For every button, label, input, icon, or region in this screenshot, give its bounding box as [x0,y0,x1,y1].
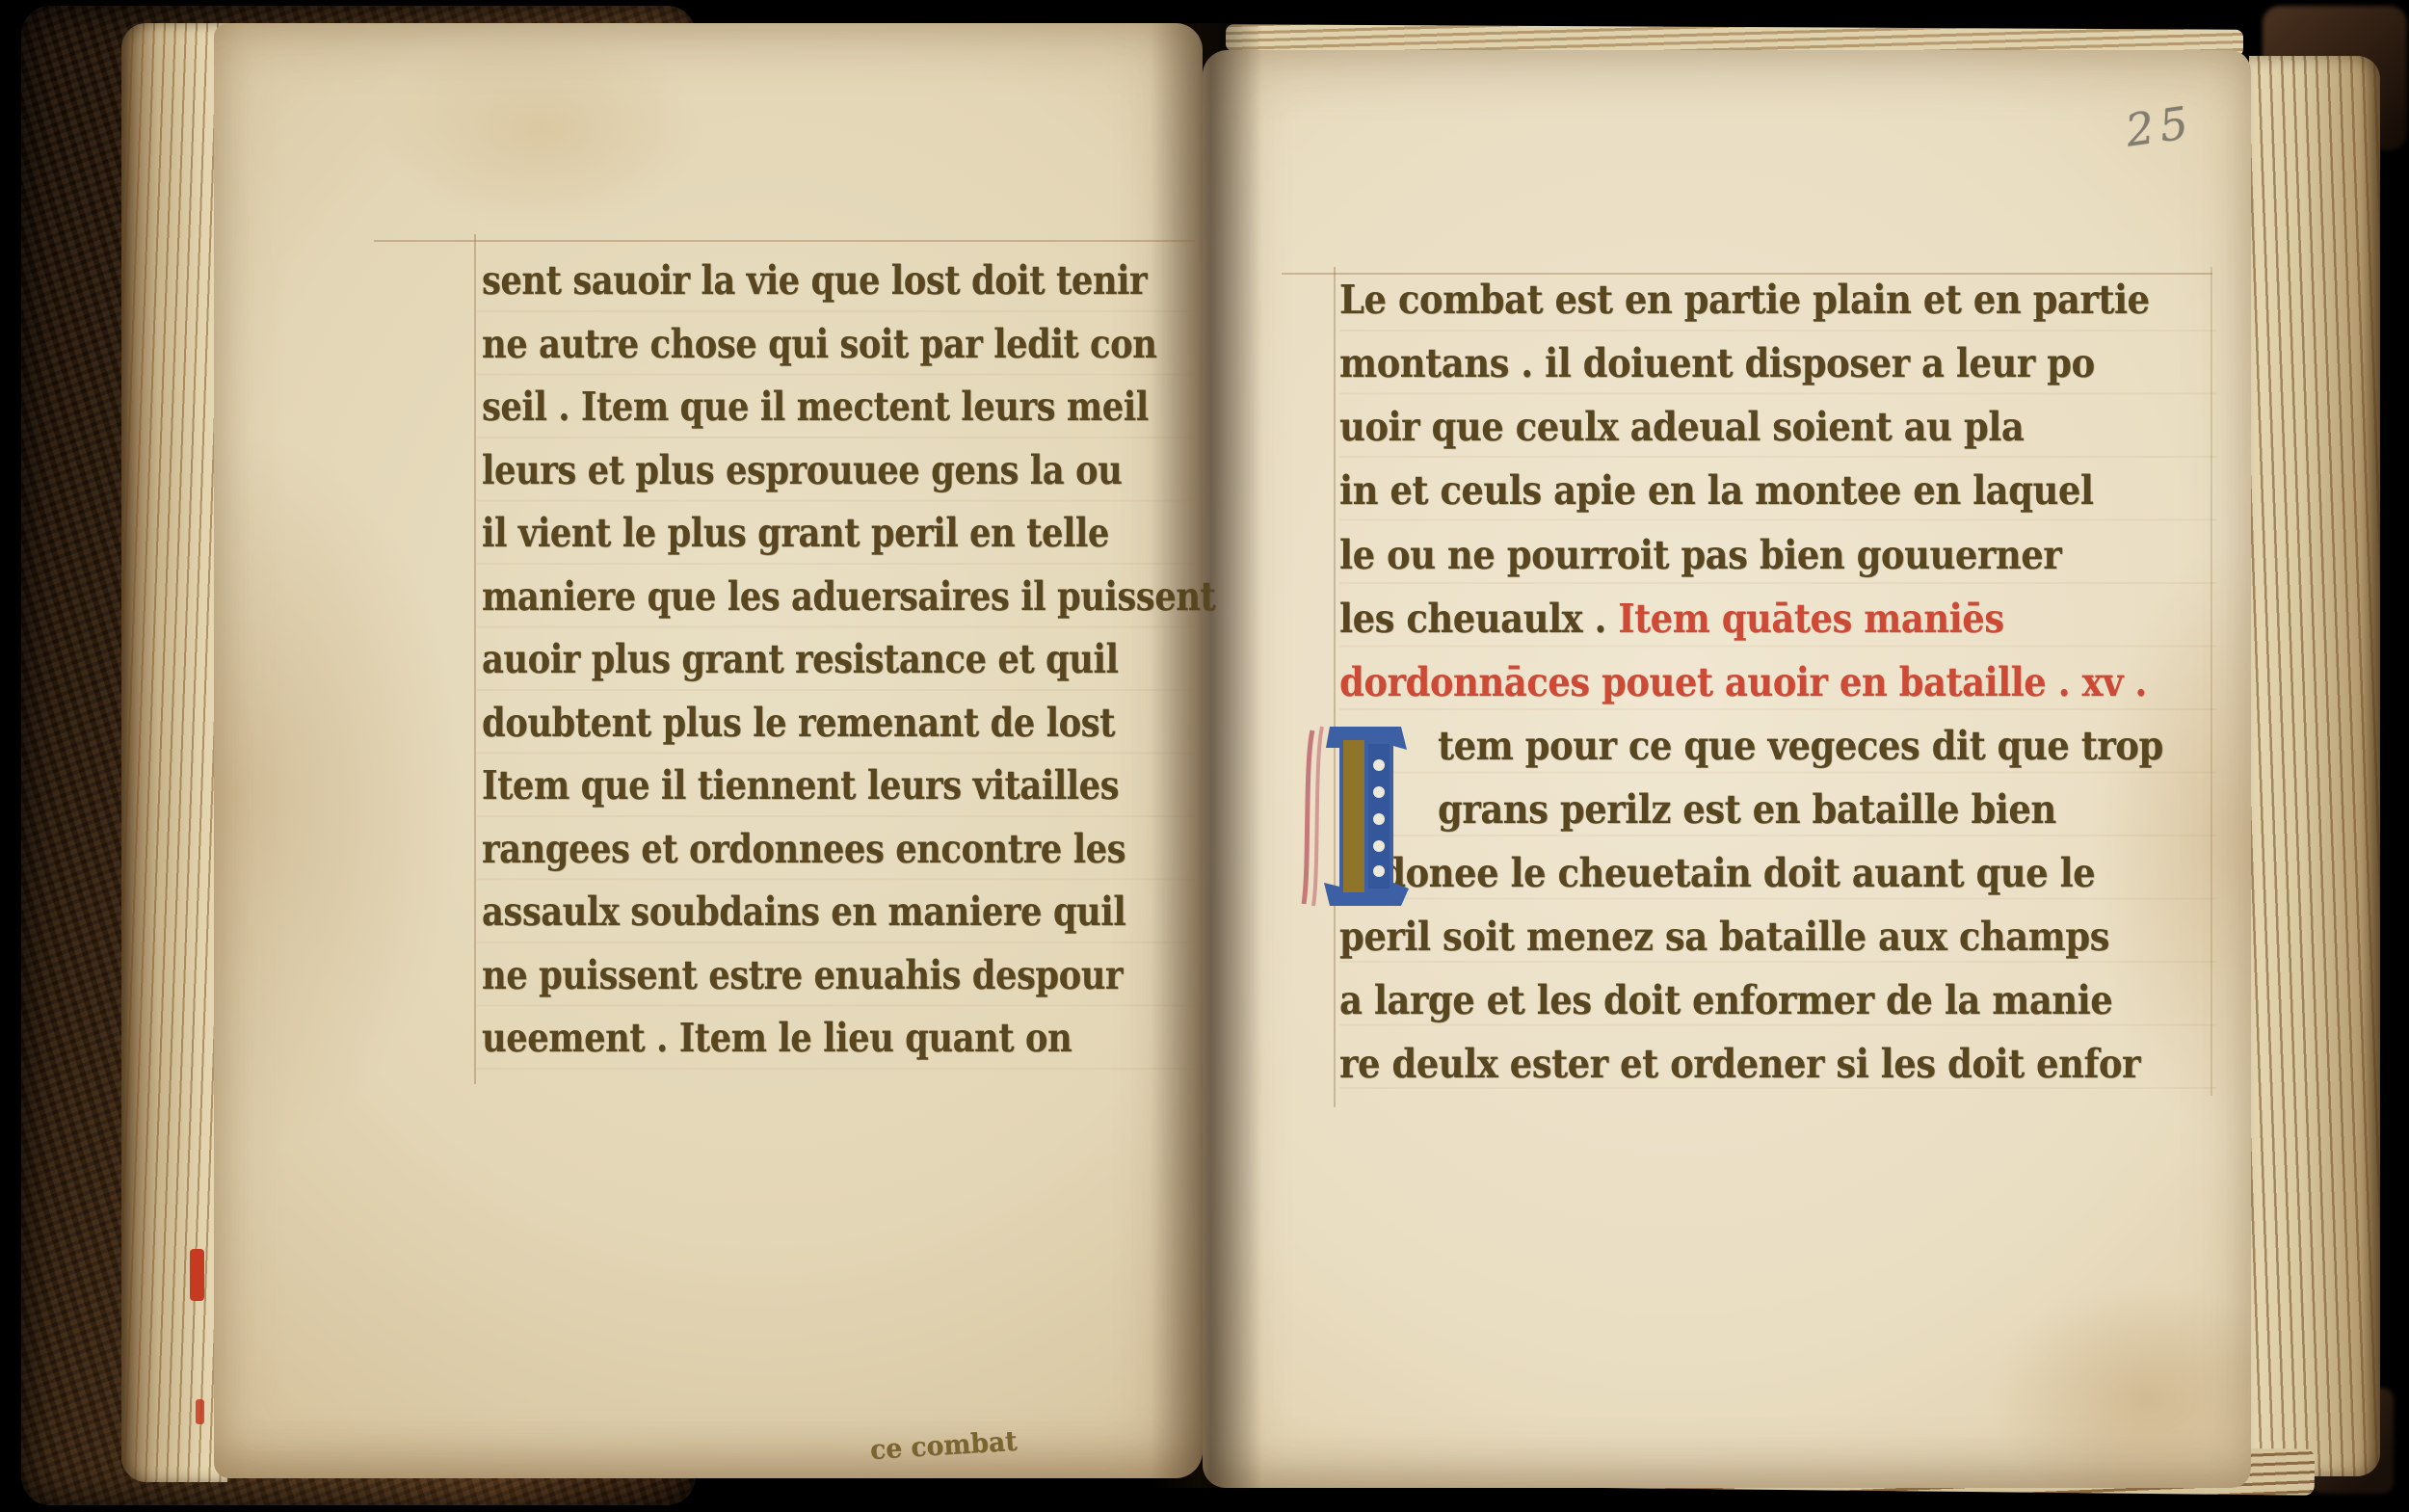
manuscript-line-mixed: les cheuaulx . Item quātes maniēs [1339,596,2004,642]
page-edge-stack-left [121,23,227,1482]
manuscript-line: ueement . Item le lieu quant on [482,1015,1072,1061]
manuscript-line: tem pour ce que vegeces dit que trop [1438,723,2163,769]
manuscript-line: in et ceuls apie en la montee en laquel [1339,467,2093,514]
page-edge-stack-right [2249,56,2380,1476]
manuscript-photo: sent sauoir la vie que lost doit tenir n… [0,0,2409,1512]
manuscript-line: Item que il tiennent leurs vitailles [482,762,1119,809]
manuscript-line: rangees et ordonnees encontre les [482,826,1125,872]
manuscript-line: ordonee le cheuetain doit auant que le [1339,850,2095,896]
manuscript-line: a large et les doit enformer de la manie [1339,977,2112,1023]
manuscript-line: leurs et plus esprouuee gens la ou [482,447,1122,493]
ruling-line-horizontal-right [1282,273,2212,275]
rubric-text: Item quātes maniēs [1618,596,2003,642]
ruling-line-vertical-right [1334,267,1336,1107]
ruling-line-vertical-left [474,234,476,1084]
manuscript-line: Le combat est en partie plain et en part… [1339,277,2150,323]
gutter-shadow [1151,23,1262,1488]
folio-number: 25 [2123,95,2197,156]
manuscript-line: peril soit menez sa bataille aux champs [1339,914,2109,960]
manuscript-line: doubtent plus le remenant de lost [482,700,1115,746]
manuscript-line: ne autre chose qui soit par ledit con [482,321,1156,367]
manuscript-line: maniere que les aduersaires il puissent [482,573,1215,620]
manuscript-line: montans . il doiuent disposer a leur po [1339,340,2095,386]
manuscript-line: uoir que ceulx adeual soient au pla [1339,404,2024,450]
red-bookmark-mark [190,1249,204,1301]
initial-ornament-graphic [1301,725,1416,908]
manuscript-line: auoir plus grant resistance et quil [482,636,1118,682]
manuscript-line: ne puissent estre enuahis despour [482,952,1123,998]
manuscript-line: le ou ne pourroit pas bien gouuerner [1339,532,2061,578]
red-bookmark-mark-small [196,1399,204,1424]
manuscript-text-black: les cheuaulx . [1339,596,1618,642]
decorated-initial-I: I [1301,725,1416,908]
ruling-line-vertical-right-outer [2210,267,2212,1096]
ruling-line-horizontal-left [374,240,1195,242]
manuscript-line: sent sauoir la vie que lost doit tenir [482,257,1147,304]
manuscript-line: seil . Item que il mectent leurs meil [482,384,1149,430]
manuscript-line: re deulx ester et ordener si les doit en… [1339,1041,2140,1087]
manuscript-line: grans perilz est en bataille bien [1438,786,2056,833]
manuscript-line: il vient le plus grant peril en telle [482,510,1109,556]
manuscript-line: assaulx soubdains en maniere quil [482,889,1125,935]
rubric-line: dordonnāces pouet auoir en bataille . xv… [1339,659,2147,705]
